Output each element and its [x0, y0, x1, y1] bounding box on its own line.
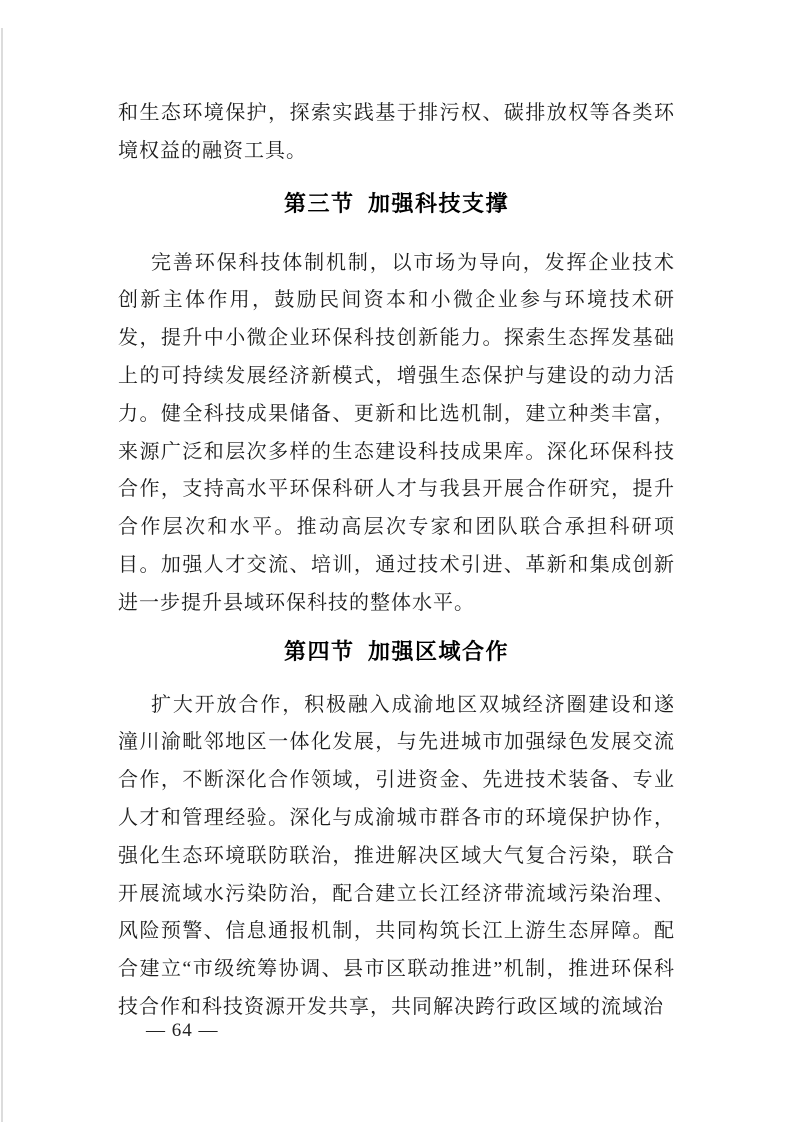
- page-number: — 64 —: [146, 1020, 219, 1042]
- scan-edge-line: [1, 28, 3, 1122]
- paragraph-regional-cooperation: 扩大开放合作，积极融入成渝地区双城经济圈建设和遂潼川渝毗邻地区一体化发展，与先进…: [118, 687, 675, 1027]
- section-heading-3: 第三节 加强科技支撑: [118, 185, 675, 223]
- section-heading-4: 第四节 加强区域合作: [118, 633, 675, 671]
- text-block: 和生态环境保护，探索实践基于排污权、碳排放权等各类环境权益的融资工具。 第三节 …: [118, 95, 675, 1027]
- paragraph-science-support: 完善环保科技体制机制，以市场为导向，发挥企业技术创新主体作用，鼓励民间资本和小微…: [118, 245, 675, 623]
- paragraph-continuation: 和生态环境保护，探索实践基于排污权、碳排放权等各类环境权益的融资工具。: [118, 95, 675, 171]
- document-page: 和生态环境保护，探索实践基于排污权、碳排放权等各类环境权益的融资工具。 第三节 …: [0, 0, 793, 1122]
